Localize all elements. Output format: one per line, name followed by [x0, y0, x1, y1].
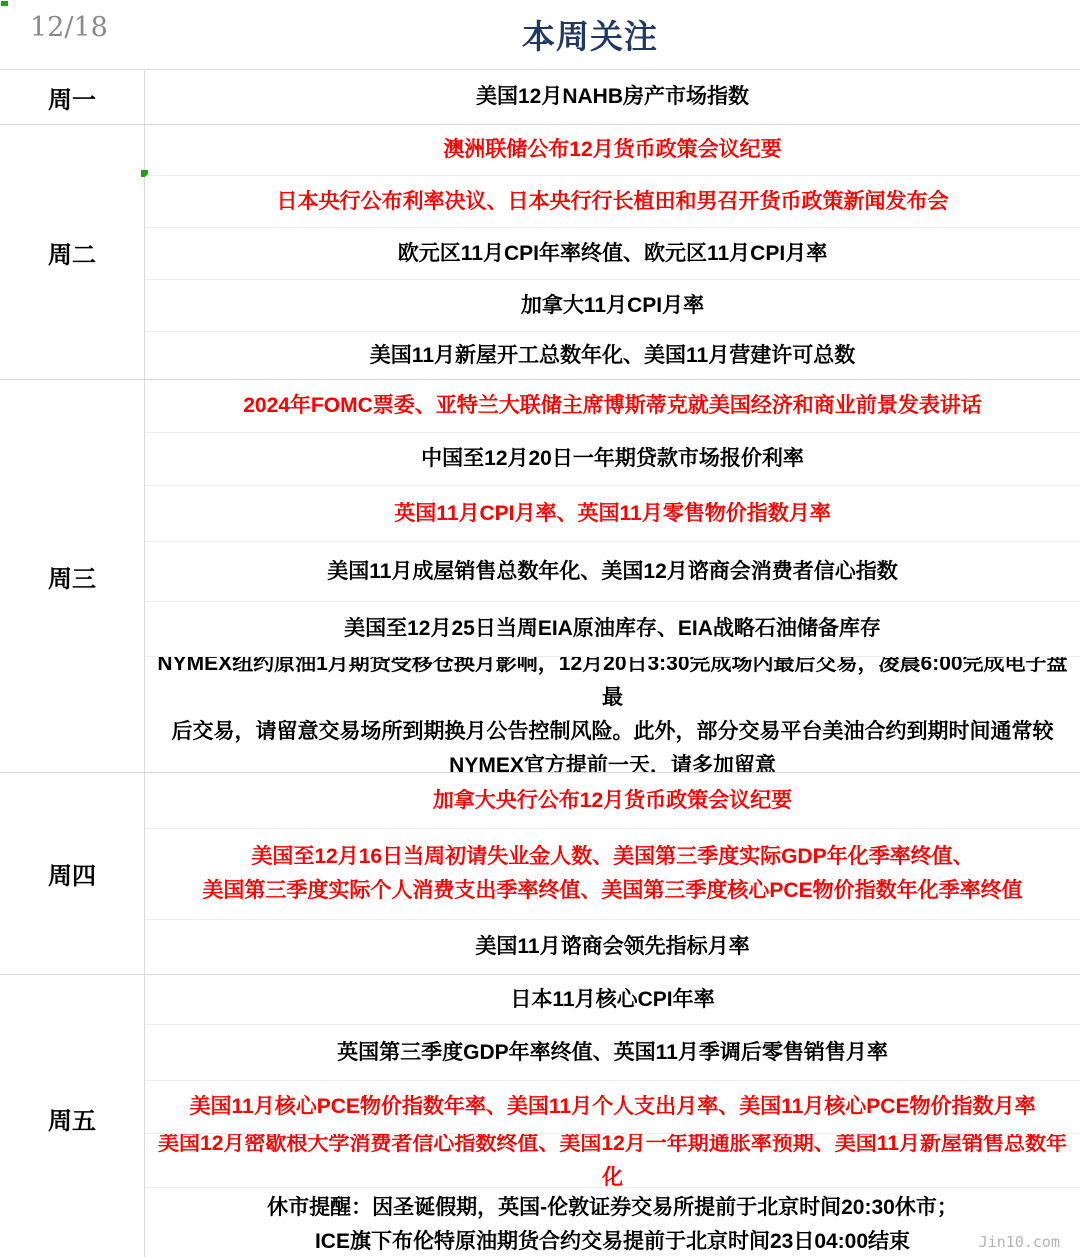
day-group-friday: 周五 日本11月核心CPI年率 英国第三季度GDP年率终值、英国11月季调后零售…: [0, 974, 1080, 1257]
event-list: 日本11月核心CPI年率 英国第三季度GDP年率终值、英国11月季调后零售销售月…: [145, 975, 1080, 1257]
day-group-thursday: 周四 加拿大央行公布12月货币政策会议纪要 美国至12月16日当周初请失业金人数…: [0, 772, 1080, 974]
event-row: 美国12月NAHB房产市场指数: [145, 70, 1080, 124]
event-row: 英国第三季度GDP年率终值、英国11月季调后零售销售月率: [145, 1024, 1080, 1080]
day-label-tuesday: 周二: [0, 125, 145, 379]
event-list: 加拿大央行公布12月货币政策会议纪要 美国至12月16日当周初请失业金人数、美国…: [145, 773, 1080, 974]
event-row: 美国11月新屋开工总数年化、美国11月营建许可总数: [145, 331, 1080, 379]
event-row: 中国至12月20日一年期贷款市场报价利率: [145, 432, 1080, 485]
event-row: 美国至12月16日当周初请失业金人数、美国第三季度实际GDP年化季率终值、 美国…: [145, 828, 1080, 919]
event-row: 英国11月CPI月率、英国11月零售物价指数月率: [145, 485, 1080, 541]
event-row: 澳洲联储公布12月货币政策会议纪要: [145, 125, 1080, 175]
day-label-friday: 周五: [0, 975, 145, 1257]
green-artifact-mark: [1, 1, 8, 6]
event-row-nymex-notice: NYMEX纽约原油1月期货受移仓换月影响，12月20日3:30完成场内最后交易，…: [145, 656, 1080, 772]
day-group-wednesday: 周三 2024年FOMC票委、亚特兰大联储主席博斯蒂克就美国经济和商业前景发表讲…: [0, 379, 1080, 772]
event-row: 美国11月谘商会领先指标月率: [145, 919, 1080, 974]
jin10-watermark: Jin10.com: [979, 1233, 1060, 1251]
event-row-market-closure-notice: 休市提醒：因圣诞假期，英国-伦敦证券交易所提前于北京时间20:30休市； ICE…: [145, 1187, 1080, 1257]
date-label: 12/18: [30, 12, 108, 43]
event-row: 美国11月成屋销售总数年化、美国12月谘商会消费者信心指数: [145, 541, 1080, 601]
day-label-monday: 周一: [0, 70, 145, 124]
day-group-monday: 周一 美国12月NAHB房产市场指数: [0, 69, 1080, 124]
event-row: 日本11月核心CPI年率: [145, 975, 1080, 1024]
event-row: 加拿大央行公布12月货币政策会议纪要: [145, 773, 1080, 828]
event-row: 日本央行公布利率决议、日本央行行长植田和男召开货币政策新闻发布会: [145, 175, 1080, 227]
day-group-tuesday: 周二 澳洲联储公布12月货币政策会议纪要 日本央行公布利率决议、日本央行行长植田…: [0, 124, 1080, 379]
event-row: 2024年FOMC票委、亚特兰大联储主席博斯蒂克就美国经济和商业前景发表讲话: [145, 380, 1080, 432]
event-row: 美国11月核心PCE物价指数年率、美国11月个人支出月率、美国11月核心PCE物…: [145, 1080, 1080, 1133]
weekly-focus-infographic: 12/18 本周关注 周一 美国12月NAHB房产市场指数 周二 澳洲联储公布1…: [0, 0, 1080, 1257]
event-row: 美国至12月25日当周EIA原油库存、EIA战略石油储备库存: [145, 601, 1080, 656]
event-list: 美国12月NAHB房产市场指数: [145, 70, 1080, 124]
event-row: 欧元区11月CPI年率终值、欧元区11月CPI月率: [145, 227, 1080, 279]
event-row: 加拿大11月CPI月率: [145, 279, 1080, 331]
event-list: 澳洲联储公布12月货币政策会议纪要 日本央行公布利率决议、日本央行行长植田和男召…: [145, 125, 1080, 379]
event-row: 美国12月密歇根大学消费者信心指数终值、美国12月一年期通胀率预期、美国11月新…: [145, 1133, 1080, 1187]
header: 12/18 本周关注: [0, 0, 1080, 69]
day-label-thursday: 周四: [0, 773, 145, 974]
event-list: 2024年FOMC票委、亚特兰大联储主席博斯蒂克就美国经济和商业前景发表讲话 中…: [145, 380, 1080, 772]
day-label-wednesday: 周三: [0, 380, 145, 772]
page-title: 本周关注: [100, 0, 1080, 69]
